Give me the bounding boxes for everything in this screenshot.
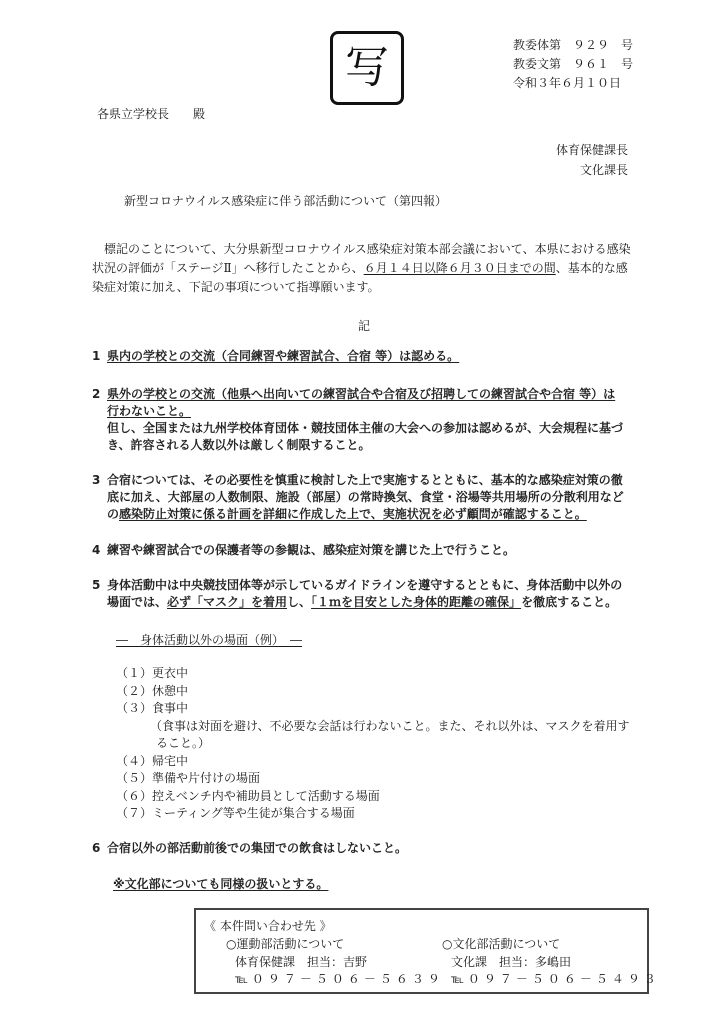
item-number: 3 bbox=[92, 472, 100, 489]
contact-culture-tel: ℡０９７－５０６－５４９３ bbox=[442, 971, 660, 989]
item-text-part: し、 bbox=[287, 595, 311, 609]
document-number-block: 教委体第 ９２９ 号 教委文第 ９６１ 号 令和３年６月１０日 bbox=[513, 36, 633, 93]
distance-requirement: 「１ｍを目安とした身体的距離の確保」 bbox=[311, 595, 521, 609]
document-number-culture: 教委文第 ９６１ 号 bbox=[513, 55, 633, 74]
contact-box: 《 本件問い合わせ先 》 ○運動部活動について 体育保健課 担当：吉野 ℡０９７… bbox=[194, 908, 649, 994]
item-5: 5 身体活動中は中央競技団体等が示しているガイドラインを遵守するとともに、身体活… bbox=[92, 577, 652, 611]
item-text: 底に加え、大部屋の人数制限、施設（部屋）の常時換気、食堂・浴場等共用場所の分散利… bbox=[107, 489, 652, 506]
document-number-sports: 教委体第 ９２９ 号 bbox=[513, 36, 633, 55]
mask-requirement: 必ず「マスク」を着用 bbox=[167, 595, 287, 609]
example-item: （５）準備や片付けの場面 bbox=[116, 770, 630, 788]
item-text: 行わないこと。 bbox=[107, 403, 652, 420]
ki-heading: 記 bbox=[358, 318, 370, 335]
intro-line: 染症対策に加え、下記の事項について指導願います。 bbox=[92, 278, 652, 297]
document-date: 令和３年６月１０日 bbox=[513, 74, 633, 93]
item-text: 合宿以外の部活動前後での集団での飲食はしないこと。 bbox=[107, 840, 652, 857]
sender-pe-health: 体育保健課長 bbox=[556, 140, 628, 160]
intro-text: 状況の評価が「ステージⅡ」へ移行したことから、 bbox=[92, 261, 364, 275]
item-text-part: 場面では、 bbox=[107, 595, 167, 609]
period-highlight: ６月１４日以降６月３０日までの間 bbox=[364, 261, 556, 275]
contact-culture: ○文化部活動について 文化課 担当：多嶋田 ℡０９７－５０６－５４９３ bbox=[442, 936, 660, 989]
item-text: 合宿については、その必要性を慎重に検討した上で実施するとともに、基本的な感染症対… bbox=[107, 472, 652, 489]
example-item: （３）食事中 bbox=[116, 700, 630, 718]
item-number: 6 bbox=[92, 840, 100, 857]
examples-heading: ― 身体活動以外の場面（例） ― bbox=[116, 632, 302, 649]
example-item: （７）ミーティング等や生徒が集合する場面 bbox=[116, 805, 630, 823]
copy-stamp-label: 写 bbox=[345, 46, 389, 90]
item-text-part: を徹底すること。 bbox=[521, 595, 617, 609]
item-number: 1 bbox=[92, 348, 100, 365]
item-text: 練習や練習試合での保護者等の参観は、感染症対策を講じた上で行うこと。 bbox=[107, 542, 652, 559]
contact-sports-tel: ℡０９７－５０６－５６３９ bbox=[226, 971, 444, 989]
item-text-underlined: 感染防止対策に係る計画を詳細に作成した上で、実施状況を必ず顧問が確認すること。 bbox=[119, 507, 587, 521]
item-text: の感染防止対策に係る計画を詳細に作成した上で、実施状況を必ず顧問が確認すること。 bbox=[107, 506, 652, 523]
document-title: 新型コロナウイルス感染症に伴う部活動について（第四報） bbox=[124, 193, 447, 210]
item-1: 1 県内の学校との交流（合同練習や練習試合、合宿 等）は認める。 bbox=[92, 348, 652, 365]
cultural-club-note: ※文化部についても同様の扱いとする。 bbox=[113, 876, 328, 893]
sender-culture: 文化課長 bbox=[556, 160, 628, 180]
contact-sports-title: ○運動部活動について bbox=[226, 936, 444, 954]
item-text-part: の bbox=[107, 507, 119, 521]
example-item: （４）帰宅中 bbox=[116, 753, 630, 771]
item-text: 県外の学校との交流（他県へ出向いての練習試合や合宿及び招聘しての練習試合や合宿 … bbox=[107, 386, 652, 403]
contact-culture-title: ○文化部活動について bbox=[442, 936, 660, 954]
item-number: 2 bbox=[92, 386, 100, 403]
contact-sports: ○運動部活動について 体育保健課 担当：吉野 ℡０９７－５０６－５６３９ bbox=[226, 936, 444, 989]
item-text: 但し、全国または九州学校体育団体・競技団体主催の大会への参加は認めるが、大会規程… bbox=[107, 420, 652, 437]
examples-list: （１）更衣中 （２）休憩中 （３）食事中 （食事は対面を避け、不必要な会話は行わ… bbox=[116, 665, 630, 823]
item-text: 県内の学校との交流（合同練習や練習試合、合宿 等）は認める。 bbox=[107, 348, 652, 365]
intro-text: 、基本的な感 bbox=[556, 261, 628, 275]
item-text: 身体活動中は中央競技団体等が示しているガイドラインを遵守するとともに、身体活動中… bbox=[107, 577, 652, 594]
item-3: 3 合宿については、その必要性を慎重に検討した上で実施するとともに、基本的な感染… bbox=[92, 472, 652, 523]
meal-note: ること。） bbox=[116, 735, 630, 753]
example-item: （１）更衣中 bbox=[116, 665, 630, 683]
item-6: 6 合宿以外の部活動前後での集団での飲食はしないこと。 bbox=[92, 840, 652, 857]
item-4: 4 練習や練習試合での保護者等の参観は、感染症対策を講じた上で行うこと。 bbox=[92, 542, 652, 559]
example-item: （６）控えベンチ内や補助員として活動する場面 bbox=[116, 788, 630, 806]
intro-line: 標記のことについて、大分県新型コロナウイルス感染症対策本部会議において、本県にお… bbox=[92, 240, 652, 259]
copy-stamp: 写 bbox=[330, 31, 404, 105]
intro-paragraph: 標記のことについて、大分県新型コロナウイルス感染症対策本部会議において、本県にお… bbox=[92, 240, 652, 297]
contact-header: 《 本件問い合わせ先 》 bbox=[204, 918, 332, 935]
example-item: （２）休憩中 bbox=[116, 683, 630, 701]
item-text: き、許容される人数以外は厳しく制限すること。 bbox=[107, 437, 652, 454]
item-2: 2 県外の学校との交流（他県へ出向いての練習試合や合宿及び招聘しての練習試合や合… bbox=[92, 386, 652, 454]
item-number: 5 bbox=[92, 577, 100, 594]
item-number: 4 bbox=[92, 542, 100, 559]
meal-note: （食事は対面を避け、不必要な会話は行わないこと。また、それ以外は、マスクを着用す bbox=[116, 718, 630, 736]
contact-culture-dept: 文化課 担当：多嶋田 bbox=[442, 954, 660, 972]
intro-line: 状況の評価が「ステージⅡ」へ移行したことから、６月１４日以降６月３０日までの間、… bbox=[92, 259, 652, 278]
sender-block: 体育保健課長 文化課長 bbox=[556, 140, 628, 180]
addressee: 各県立学校長 殿 bbox=[97, 106, 205, 123]
item-text: 場面では、必ず「マスク」を着用し、「１ｍを目安とした身体的距離の確保」を徹底する… bbox=[107, 594, 652, 611]
contact-sports-dept: 体育保健課 担当：吉野 bbox=[226, 954, 444, 972]
